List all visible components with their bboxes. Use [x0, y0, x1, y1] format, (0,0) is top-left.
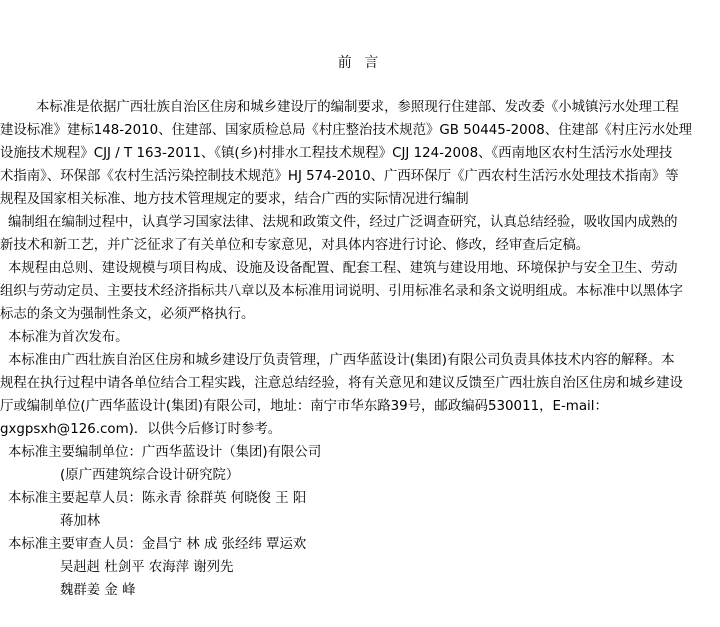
body-line: 术指南》、环保部《农村生活污染控制技术规范》HJ 574-2010、广西环保厅《… [0, 168, 679, 186]
body-line: gxgpsxh@126.com)．以供今后修订时参考。 [0, 421, 281, 439]
credit-drafters: 本标准主要起草人员：陈永青 徐群英 何晓俊 王 阳 [8, 490, 306, 508]
body-line: 设施技术规程》CJJ / T 163-2011、《镇(乡)村排水工程技术规程》C… [0, 145, 672, 163]
page-title: 前 言 [0, 54, 720, 72]
body-line: 本规程由总则、建设规模与项目构成、设施及设备配置、配套工程、建筑与建设用地、环境… [8, 260, 678, 278]
credit-drafters-cont: 蒋加林 [60, 513, 100, 531]
body-line: 规程在执行过程中请各单位结合工程实践，注意总结经验，将有关意见和建议反馈至广西壮… [0, 375, 683, 393]
body-line: 本标准是依据广西壮族自治区住房和城乡建设厅的编制要求，参照现行住建部、发改委《小… [36, 99, 679, 117]
body-line: 规程及国家相关标准、地方技术管理规定的要求，结合广西的实际情况进行编制 [0, 191, 469, 209]
credit-compiling-unit-former-name: (原广西建筑综合设计研究院） [60, 467, 239, 485]
body-line: 厅或编制单位(广西华蓝设计(集团)有限公司，地址：南宁市华东路39号，邮政编码5… [0, 398, 608, 416]
body-line: 本标准为首次发布。 [8, 329, 129, 347]
body-line: 建设标准》建标148-2010、住建部、国家质检总局《村庄整治技术规范》GB 5… [0, 122, 692, 140]
body-line: 标志的条文为强制性条文，必须严格执行。 [0, 306, 254, 324]
body-line: 组织与劳动定员、主要技术经济指标共八章以及本标准用词说明、引用标准名录和条文说明… [0, 283, 683, 301]
body-line: 本标准由广西壮族自治区住房和城乡建设厅负责管理，广西华蓝设计(集团)有限公司负责… [8, 352, 675, 370]
credit-compiling-unit: 本标准主要编制单位：广西华蓝设计（集团)有限公司 [8, 444, 321, 462]
body-line: 编制组在编制过程中，认真学习国家法律、法规和政策文件，经过广泛调查研究，认真总结… [8, 214, 678, 232]
document-page: 前 言 本标准是依据广西壮族自治区住房和城乡建设厅的编制要求，参照现行住建部、发… [0, 0, 720, 627]
credit-reviewers: 本标准主要审查人员：金昌宁 林 成 张经纬 覃运欢 [8, 536, 306, 554]
credit-reviewers-cont: 吴赳赳 杜剑平 农海萍 谢列先 [60, 559, 233, 577]
body-line: 新技术和新工艺，并广泛征求了有关单位和专家意见，对具体内容进行讨论、修改，经审查… [0, 237, 589, 255]
credit-reviewers-cont: 魏群姜 金 峰 [60, 582, 135, 600]
